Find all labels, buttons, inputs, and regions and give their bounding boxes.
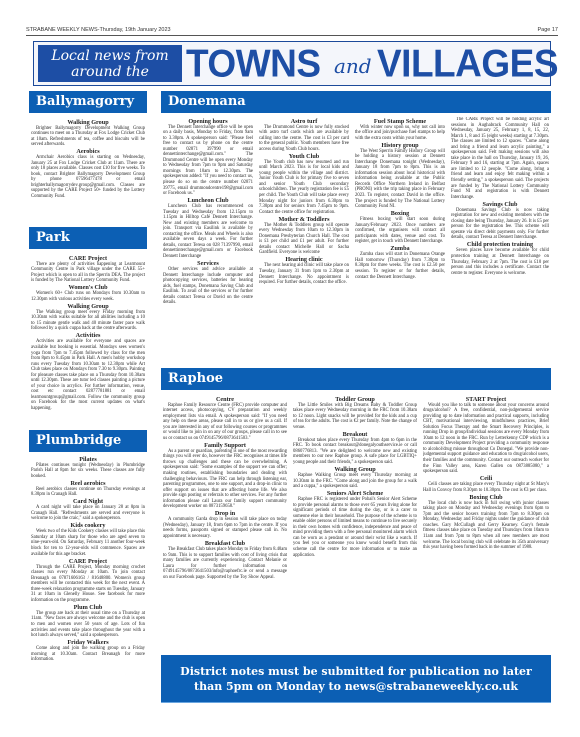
article-heading: Friday Walkers [31,639,145,646]
article-body: With winter now upon us, why not call in… [355,125,445,142]
article-heading: Zumba [355,245,445,252]
article-heading: Breakfast Club [163,540,287,547]
article-heading: Plum Club [31,604,145,611]
article-heading: Drop in [163,510,287,517]
article-body: Reel aerobics classes continue on Thursd… [31,487,145,498]
column-donemana-2: Astro turf The Drummond Centre is now fu… [259,117,349,367]
article-heading: Opening hours [163,118,253,125]
column-donemana-3: Fuel Stamp Scheme With winter now upon u… [355,117,445,367]
article-heading: Reel aerobics [31,480,145,487]
article-heading: Savings Club [451,201,549,208]
column-donemana-1: Opening hours The Dennett Interchange of… [163,117,253,367]
article-body: Seven places have become available for c… [451,248,549,276]
article-body: Armchair Aerobics class is starting on W… [31,155,145,199]
article-body: Brighter Ballymagorry Development Walkin… [31,126,145,148]
column-park: CARE Project There are plenty of activit… [31,254,145,428]
masthead-villages: VILLAGES [377,44,558,83]
article-heading: Ceili [423,475,549,482]
column-donemana-4: The CARE Project will be holding acrylic… [451,117,549,367]
submission-deadline-banner: District notes must be submitted for pub… [161,655,551,703]
masthead-towns: TOWNS [186,44,321,83]
article-body: Breakout takes place every Thursday from… [293,438,417,466]
column-plumbridge: Pilates Pilates continues tonight (Wedne… [31,455,145,695]
section-header-raphoe: Raphoe [161,368,551,390]
article-body: The Little Smiles with Big Dreams Baby &… [293,403,417,431]
article-body: The Mother & Toddlers group will operate… [259,223,349,256]
article-body: Activities are available for everyone an… [31,339,145,411]
article-body: The Youth club has now resumed and run u… [259,160,349,215]
section-header-ballymagorry: Ballymagorry [29,91,147,113]
article-heading: Walking Group [293,466,417,473]
article-body: The local club is now back in full swing… [423,501,549,551]
page-number: Page 17 [538,27,559,33]
article-body: As a parent or guardian, parenting is on… [163,449,287,510]
article-heading: Boxing Club [423,494,549,501]
running-head: STRABANE WEEKLY NEWS-Thursday, 19th Janu… [26,27,558,36]
article-body: The Drummond Centre is now fully stocked… [259,125,349,153]
article-body: Week two of the Kids Cookery classes wil… [31,529,145,557]
article-body: Ceili classes are taking place every Thu… [423,482,549,493]
column-ballymagorry: Walking Group Brighter Ballymagorry Deve… [31,118,145,236]
article-heading: CARE Project [31,558,145,565]
article-heading: Breakout [293,431,417,438]
article-body: Raphoe Family Resource Centre (FRC) prov… [163,403,287,442]
article-body: Fitness boxing will start soon during Ja… [355,217,445,245]
masthead-and: and [334,54,372,78]
article-body: Other services and advice available at D… [163,267,253,306]
article-heading: Youth Club [259,153,349,160]
section-header-donemana: Donemana [161,91,551,113]
article-heading: Seniors Alert Scheme [293,490,417,497]
article-body: A card night will take place on January … [31,505,145,522]
article-body: Raphoe FRC is registered under Pobal's S… [293,497,417,558]
article-body: Pilates continues tonight (Wednesday) in… [31,463,145,480]
article-heading: Centre [163,396,287,403]
article-body: Luncheon Club has recommenced on Tuesday… [163,204,253,259]
article-body: The West Sperrin Family History Group wi… [355,149,445,210]
article-heading: Walking Group [31,303,145,310]
masthead: Local news from around the TOWNS and VIL… [33,41,551,86]
column-raphoe-2: Toddler Group The Little Smiles with Big… [293,395,417,650]
publication-date: STRABANE WEEKLY NEWS-Thursday, 19th Janu… [26,27,171,33]
article-body: The Breakfast Club takes place Monday to… [163,547,287,580]
article-heading: Aerobics [31,148,145,155]
article-body: The group are back at their usual time o… [31,611,145,639]
article-body: Donemana Savings Club is now taking regi… [451,208,549,241]
article-body: The Dennett Interchange office will be o… [163,125,253,197]
masthead-script-line2: around the [38,64,182,80]
article-heading: Mother & Toddlers [259,216,349,223]
article-body: The Walking group meet every Friday morn… [31,310,145,332]
article-body: Through the CARE Project, Monday morning… [31,565,145,604]
article-body: Would you like to talk to someone about … [423,403,549,475]
article-body: Raphoe Walking Group meet every Thursday… [293,473,417,490]
article-heading: Kids cookery [31,522,145,529]
section-header-plumbridge: Plumbridge [29,430,147,452]
article-heading: Hearing clinic [259,256,349,263]
article-body: Women's 60+ Club runs on Mondays from 10… [31,291,145,302]
article-heading: Women's Club [31,284,145,291]
article-heading: Astro turf [259,118,349,125]
article-heading: Card Night [31,498,145,505]
article-body: The next hearing aid clinic will take pl… [259,263,349,285]
article-heading: Services [163,260,253,267]
article-body: Zumba class will start in Donemana Orang… [355,252,445,280]
article-body: Come along and join the walking group on… [31,646,145,663]
masthead-script-box: Local news from around the [38,45,182,82]
banner-line2: than 5pm on Monday to news@strabaneweekl… [161,679,551,694]
article-body: A community Garda drop in session will t… [163,517,287,539]
article-heading: Walking Group [31,119,145,126]
article-heading: History group [355,142,445,149]
article-heading: Toddler Group [293,396,417,403]
column-raphoe-1: Centre Raphoe Family Resource Centre (FR… [163,395,287,650]
article-heading: Fuel Stamp Scheme [355,118,445,125]
masthead-script-line1: Local news from [38,48,182,64]
article-body: There are plenty of activities happening… [31,262,145,284]
section-header-park: Park [29,227,147,249]
article-heading: Pilates [31,456,145,463]
article-body: The CARE Project will be holding acrylic… [451,117,549,200]
column-raphoe-3: START Project Would you like to talk to … [423,395,549,650]
article-heading: Child protection training [451,241,549,248]
banner-line1: District notes must be submitted for pub… [161,664,551,679]
article-heading: Family Support [163,442,287,449]
article-heading: START Project [423,396,549,403]
article-heading: Boxing [355,210,445,217]
article-heading: Activities [31,332,145,339]
article-heading: CARE Project [31,255,145,262]
article-heading: Luncheon Club [163,197,253,204]
